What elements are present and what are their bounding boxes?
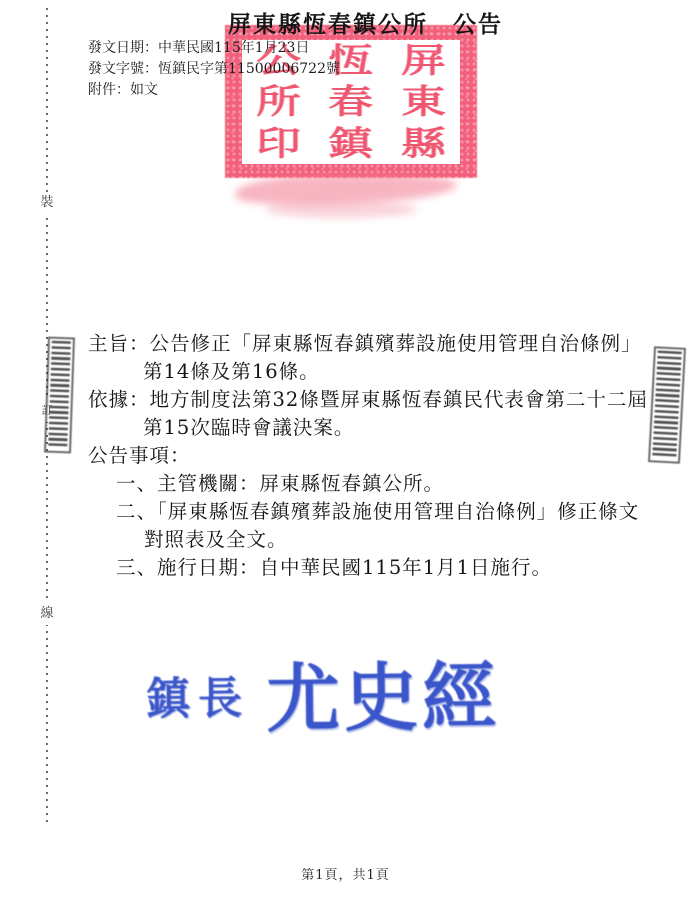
issue-number-line: 發文字號：恆鎮民字第11500006722號 <box>88 59 340 80</box>
page-title: 屏東縣恆春鎮公所 公告 <box>228 6 503 39</box>
body-line-item-3: 三、施行日期：自中華民國115年1月1日施行。 <box>88 554 654 582</box>
attachment-line: 附件：如文 <box>88 80 340 101</box>
seal-char: 鎮 <box>329 126 374 160</box>
body-line-basis-cont: 第15次臨時會議決案。 <box>88 414 654 442</box>
body-line-item-2: 二、「屏東縣恆春鎮殯葬設施使用管理自治條例」修正條文 <box>88 498 654 526</box>
announcement-body: 主旨：公告修正「屏東縣恆春鎮殯葬設施使用管理自治條例」 第14條及第16條。 依… <box>88 330 654 582</box>
document-meta: 發文日期：中華民國115年1月23日 發文字號：恆鎮民字第11500006722… <box>88 38 340 101</box>
mayor-name: 尤史經 <box>265 638 500 746</box>
issue-date-line: 發文日期：中華民國115年1月23日 <box>88 38 340 59</box>
binding-mark-xian: 線 <box>38 603 56 625</box>
seal-char: 屏 <box>401 44 446 78</box>
paging-seal-right-icon <box>648 346 686 464</box>
mayor-title: 鎮長 <box>146 662 251 727</box>
binding-mark-zhuang: 裝 <box>38 192 56 214</box>
seal-char: 印 <box>256 126 301 160</box>
body-line-items-header: 公告事項： <box>88 442 654 470</box>
body-line-item-1: 一、主管機關：屏東縣恆春鎮公所。 <box>88 470 654 498</box>
page-number-footer: 第1頁，共1頁 <box>0 864 691 883</box>
paging-seal-left-icon <box>44 337 75 454</box>
seal-ink-smudge <box>265 200 417 218</box>
seal-column-right: 屏 東 縣 <box>387 40 460 164</box>
mayor-signature-stamp: 鎮長 尤史經 <box>145 638 500 748</box>
body-line-item-2-cont: 對照表及全文。 <box>88 526 654 554</box>
announcement-page: 裝 訂 線 屏 東 縣 恆 春 鎮 公 所 印 屏東縣恆春鎮公所 公告 <box>0 0 691 907</box>
paging-seal-texture <box>652 350 682 459</box>
seal-char: 東 <box>401 85 446 119</box>
paging-seal-texture <box>48 341 71 450</box>
body-line-subject-cont: 第14條及第16條。 <box>88 358 654 386</box>
seal-char: 縣 <box>401 126 446 160</box>
body-line-subject: 主旨：公告修正「屏東縣恆春鎮殯葬設施使用管理自治條例」 <box>88 330 654 358</box>
body-line-basis: 依據：地方制度法第32條暨屏東縣恆春鎮民代表會第二十二屆 <box>88 386 654 414</box>
